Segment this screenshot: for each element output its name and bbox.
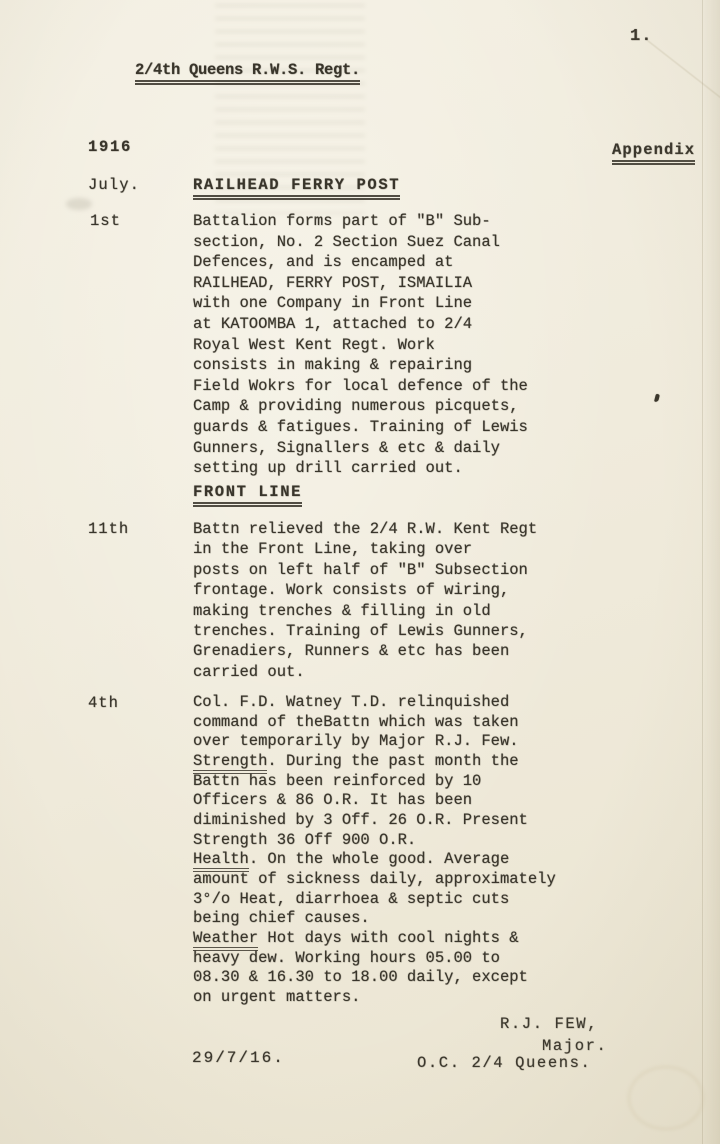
appendix-label: Appendix [612,141,695,159]
year-label: 1916 [88,138,132,156]
signature-rank: Major. [542,1037,607,1055]
page-number: 1. [630,27,652,46]
document-page: 1. 2/4th Queens R.W.S. Regt. 1916 Append… [0,0,720,1144]
signature-role: O.C. 2/4 Queens. [417,1054,591,1072]
section-heading-railhead-ferry-post: RAILHEAD FERRY POST [193,176,400,194]
document-title: 2/4th Queens R.W.S. Regt. [135,61,360,79]
ink-smudge [66,198,92,210]
entry-day-4th: 4th [88,694,119,712]
document-title-text: 2/4th Queens R.W.S. Regt. [135,61,360,85]
stray-ink-mark [654,394,660,403]
entry-body-11th: Battn relieved the 2/4 R.W. Kent Regtin … [193,519,537,682]
paper-stain [628,1066,704,1130]
section-heading-front-line: FRONT LINE [193,483,302,501]
date-signed: 29/7/16. [192,1049,285,1067]
entry-body-4th: Col. F.D. Watney T.D. relinquishedcomman… [193,693,556,1008]
entry-day-1st: 1st [90,212,121,230]
entry-day-11th: 11th [88,520,129,538]
paper-crease [647,40,720,109]
entry-body-1st: Battalion forms part of "B" Sub-section,… [193,211,528,479]
signature-name: R.J. FEW, [500,1015,598,1033]
month-label: July. [88,176,140,194]
